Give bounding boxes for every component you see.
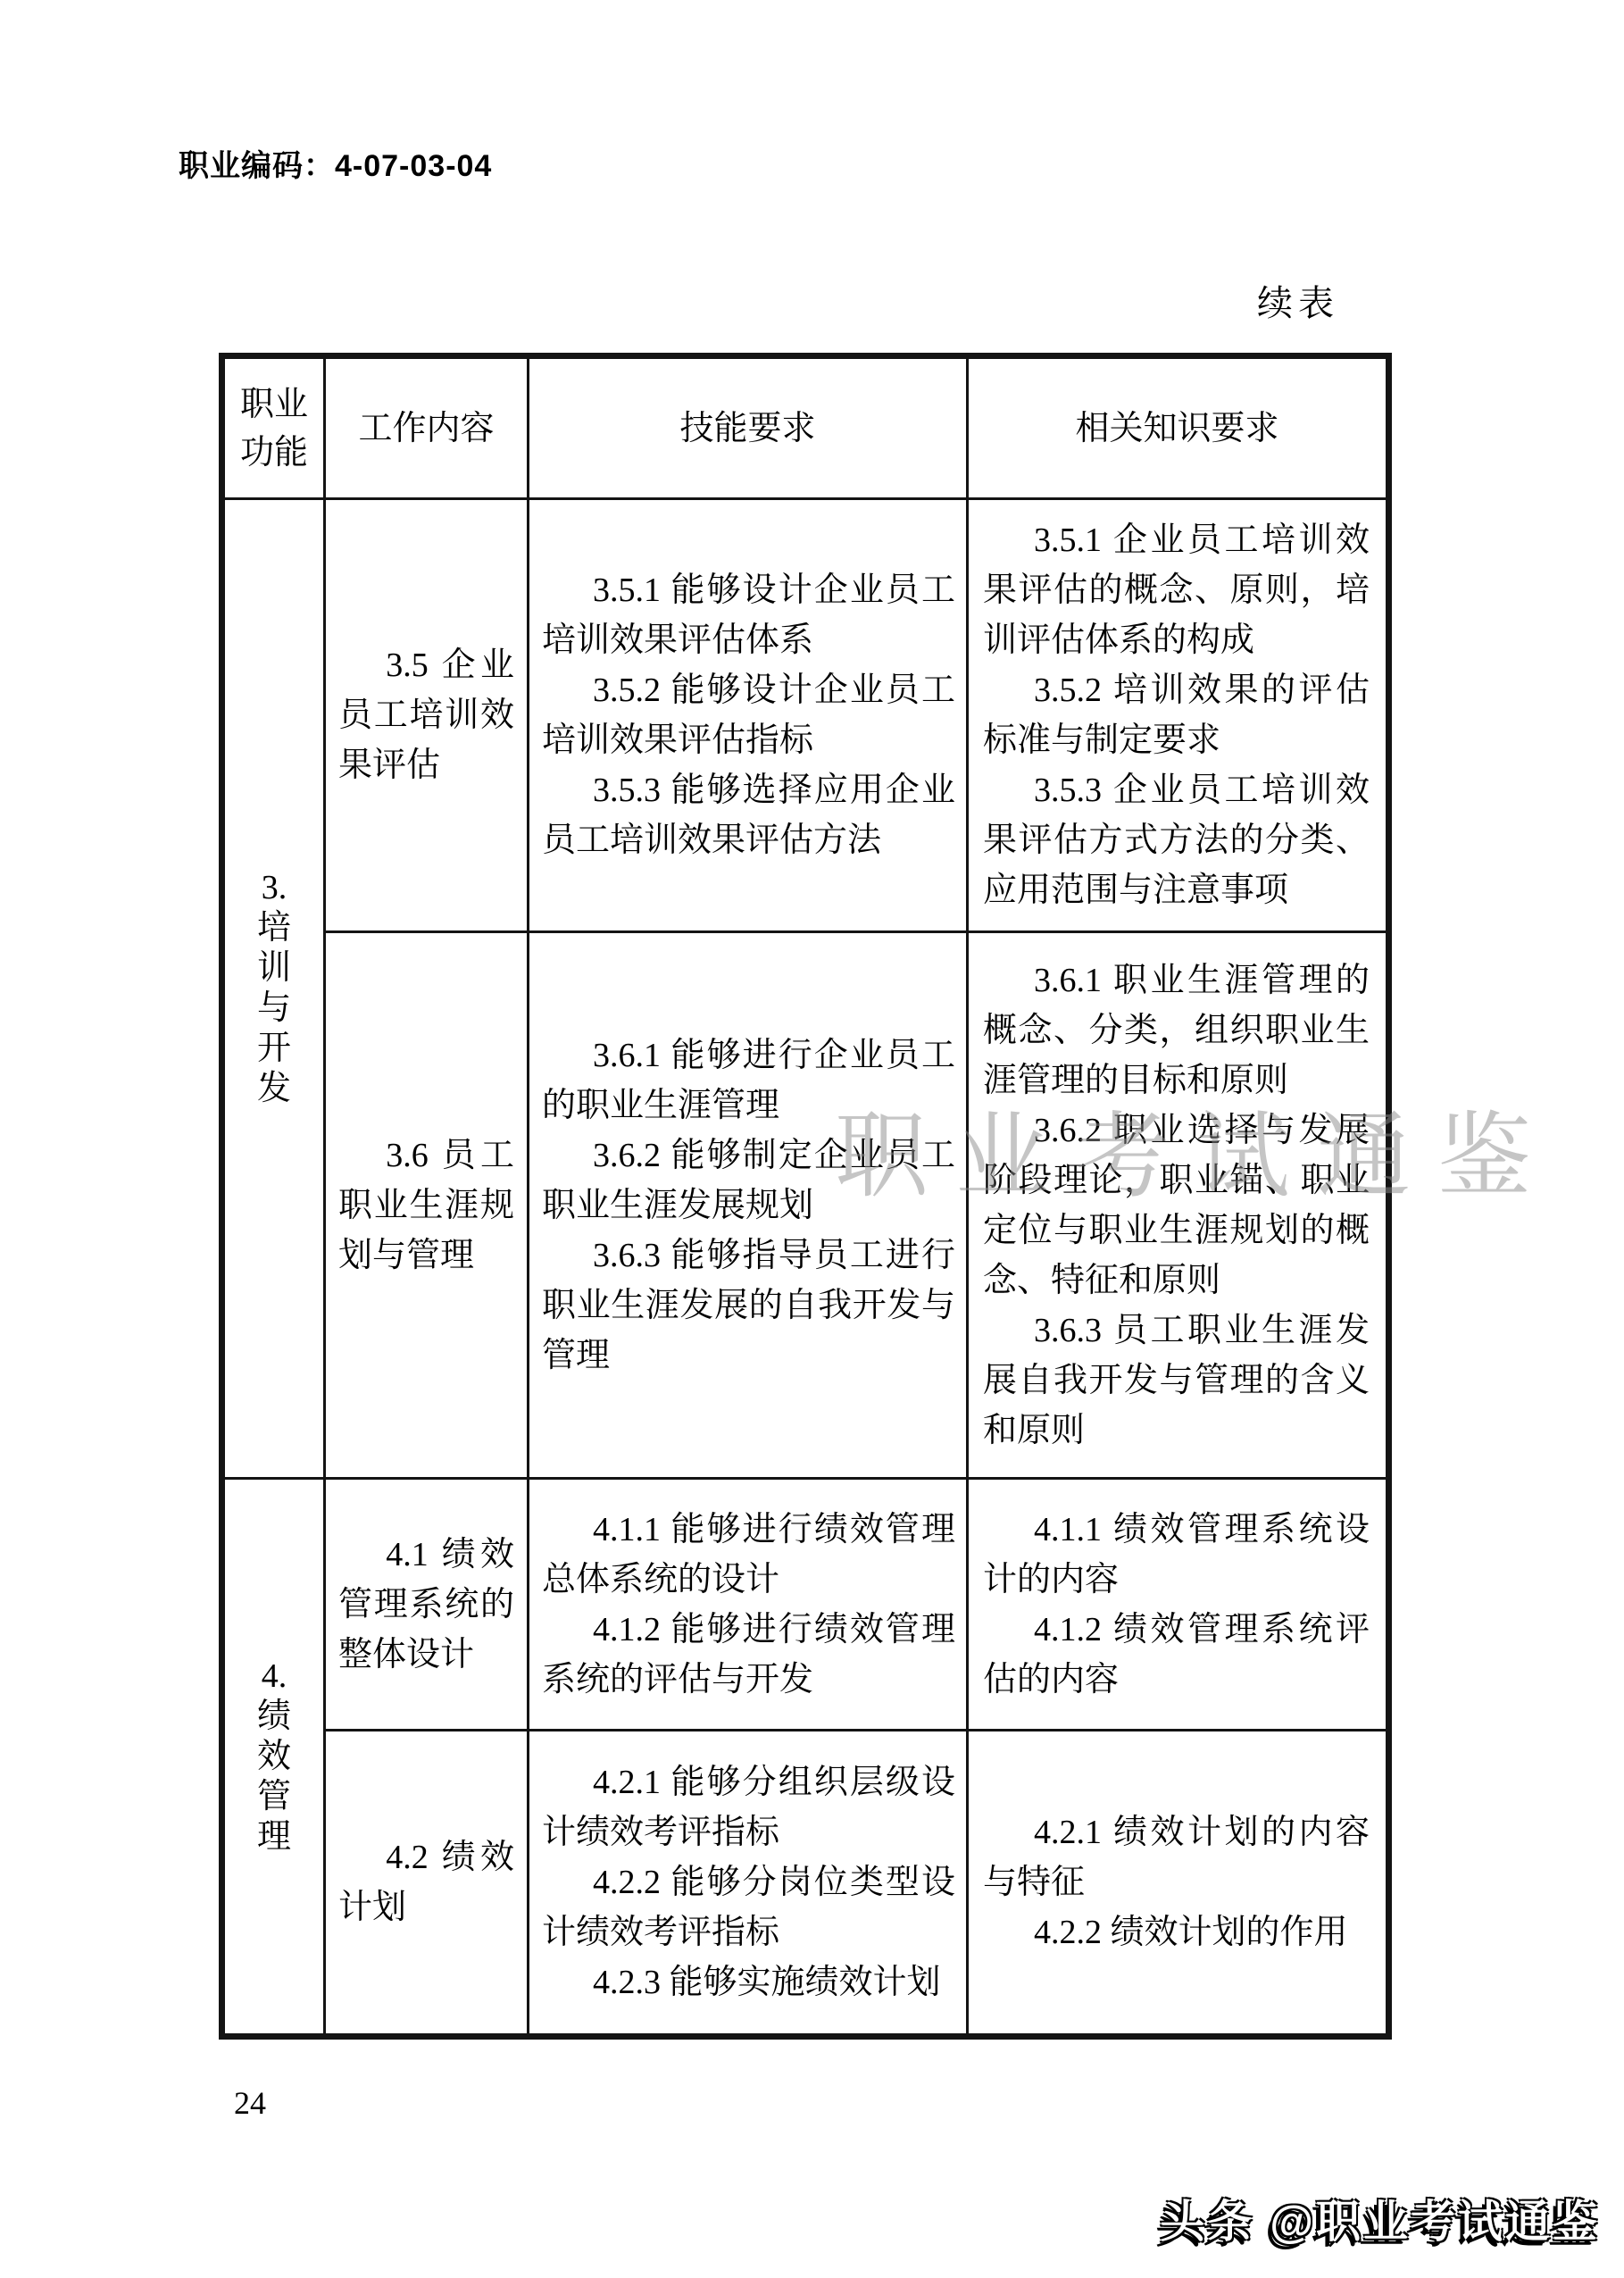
skill-item: 4.2.3 能够实施绩效计划 bbox=[542, 1957, 955, 2007]
knowledge-item: 3.6.2 职业选择与发展阶段理论，职业锚、职业定位与职业生涯规划的概念、特征和… bbox=[983, 1106, 1370, 1306]
task-text: 3.5 企业员工培训效果评估 bbox=[338, 640, 514, 790]
table-row: 4.2 绩效计划 4.2.1 能够分组织层级设计绩效考评指标 4.2.2 能够分… bbox=[222, 1731, 1389, 2037]
task-cell-4-1: 4.1 绩效管理系统的整体设计 bbox=[325, 1479, 529, 1731]
header-occupational-function: 职业 功能 bbox=[222, 356, 325, 499]
skill-item: 4.1.2 能够进行绩效管理系统的评估与开发 bbox=[542, 1605, 955, 1705]
knowledge-item: 3.5.2 培训效果的评估标准与制定要求 bbox=[983, 665, 1370, 765]
header-skill-requirements: 技能要求 bbox=[529, 356, 968, 499]
task-cell-3-5: 3.5 企业员工培训效果评估 bbox=[325, 499, 529, 932]
skills-cell-4-1: 4.1.1 能够进行绩效管理总体系统的设计 4.1.2 能够进行绩效管理系统的评… bbox=[529, 1479, 968, 1731]
knowledge-cell-3-5: 3.5.1 企业员工培训效果评估的概念、原则，培训评估体系的构成 3.5.2 培… bbox=[968, 499, 1389, 932]
knowledge-item: 4.1.1 绩效管理系统设计的内容 bbox=[983, 1505, 1370, 1605]
knowledge-item: 4.2.2 绩效计划的作用 bbox=[983, 1907, 1370, 1957]
task-cell-3-6: 3.6 员工职业生涯规划与管理 bbox=[325, 932, 529, 1479]
knowledge-cell-4-2: 4.2.1 绩效计划的内容与特征 4.2.2 绩效计划的作用 bbox=[968, 1731, 1389, 2037]
skill-item: 4.1.1 能够进行绩效管理总体系统的设计 bbox=[542, 1505, 955, 1605]
table-row: 3. 培 训 与 开 发 3.5 企业员工培训效果评估 3.5.1 能够设计企业… bbox=[222, 499, 1389, 932]
knowledge-cell-4-1: 4.1.1 绩效管理系统设计的内容 4.1.2 绩效管理系统评估的内容 bbox=[968, 1479, 1389, 1731]
header-knowledge-requirements: 相关知识要求 bbox=[968, 356, 1389, 499]
skill-item: 3.5.2 能够设计企业员工培训效果评估指标 bbox=[542, 665, 955, 765]
page-number: 24 bbox=[234, 2086, 266, 2122]
task-cell-4-2: 4.2 绩效计划 bbox=[325, 1731, 529, 2037]
header-work-content: 工作内容 bbox=[325, 356, 529, 499]
continued-table-label: 续表 bbox=[1257, 284, 1339, 323]
skill-item: 3.6.3 能够指导员工进行职业生涯发展的自我开发与管理 bbox=[542, 1231, 955, 1381]
skills-cell-3-6: 3.6.1 能够进行企业员工的职业生涯管理 3.6.2 能够制定企业员工职业生涯… bbox=[529, 932, 968, 1479]
footer-credit: 头条 @职业考试通鉴 bbox=[1160, 2195, 1600, 2249]
task-text: 4.1 绩效管理系统的整体设计 bbox=[338, 1530, 514, 1680]
standard-table: 职业 功能 工作内容 技能要求 相关知识要求 3. 培 训 与 开 发 3.5 … bbox=[219, 353, 1392, 2040]
occupation-code: 职业编码：4-07-03-04 bbox=[179, 148, 492, 185]
function-cell-performance-management: 4. 绩 效 管 理 bbox=[222, 1479, 325, 2037]
skills-cell-3-5: 3.5.1 能够设计企业员工培训效果评估体系 3.5.2 能够设计企业员工培训效… bbox=[529, 499, 968, 932]
table-row: 4. 绩 效 管 理 4.1 绩效管理系统的整体设计 4.1.1 能够进行绩效管… bbox=[222, 1479, 1389, 1731]
function-cell-training-development: 3. 培 训 与 开 发 bbox=[222, 499, 325, 1479]
knowledge-item: 4.2.1 绩效计划的内容与特征 bbox=[983, 1807, 1370, 1907]
task-text: 3.6 员工职业生涯规划与管理 bbox=[338, 1131, 514, 1281]
knowledge-item: 3.5.3 企业员工培训效果评估方式方法的分类、应用范围与注意事项 bbox=[983, 765, 1370, 915]
skill-item: 3.6.1 能够进行企业员工的职业生涯管理 bbox=[542, 1031, 955, 1131]
skill-item: 4.2.2 能够分岗位类型设计绩效考评指标 bbox=[542, 1857, 955, 1957]
table-row: 3.6 员工职业生涯规划与管理 3.6.1 能够进行企业员工的职业生涯管理 3.… bbox=[222, 932, 1389, 1479]
skill-item: 4.2.1 能够分组织层级设计绩效考评指标 bbox=[542, 1757, 955, 1857]
skill-item: 3.5.3 能够选择应用企业员工培训效果评估方法 bbox=[542, 765, 955, 865]
knowledge-item: 3.6.1 职业生涯管理的概念、分类，组织职业生涯管理的目标和原则 bbox=[983, 955, 1370, 1106]
knowledge-item: 3.5.1 企业员工培训效果评估的概念、原则，培训评估体系的构成 bbox=[983, 515, 1370, 665]
knowledge-cell-3-6: 3.6.1 职业生涯管理的概念、分类，组织职业生涯管理的目标和原则 3.6.2 … bbox=[968, 932, 1389, 1479]
task-text: 4.2 绩效计划 bbox=[338, 1832, 514, 1932]
knowledge-item: 3.6.3 员工职业生涯发展自我开发与管理的含义和原则 bbox=[983, 1306, 1370, 1456]
table-header-row: 职业 功能 工作内容 技能要求 相关知识要求 bbox=[222, 356, 1389, 499]
skill-item: 3.6.2 能够制定企业员工职业生涯发展规划 bbox=[542, 1131, 955, 1231]
skill-item: 3.5.1 能够设计企业员工培训效果评估体系 bbox=[542, 565, 955, 665]
skills-cell-4-2: 4.2.1 能够分组织层级设计绩效考评指标 4.2.2 能够分岗位类型设计绩效考… bbox=[529, 1731, 968, 2037]
knowledge-item: 4.1.2 绩效管理系统评估的内容 bbox=[983, 1605, 1370, 1705]
